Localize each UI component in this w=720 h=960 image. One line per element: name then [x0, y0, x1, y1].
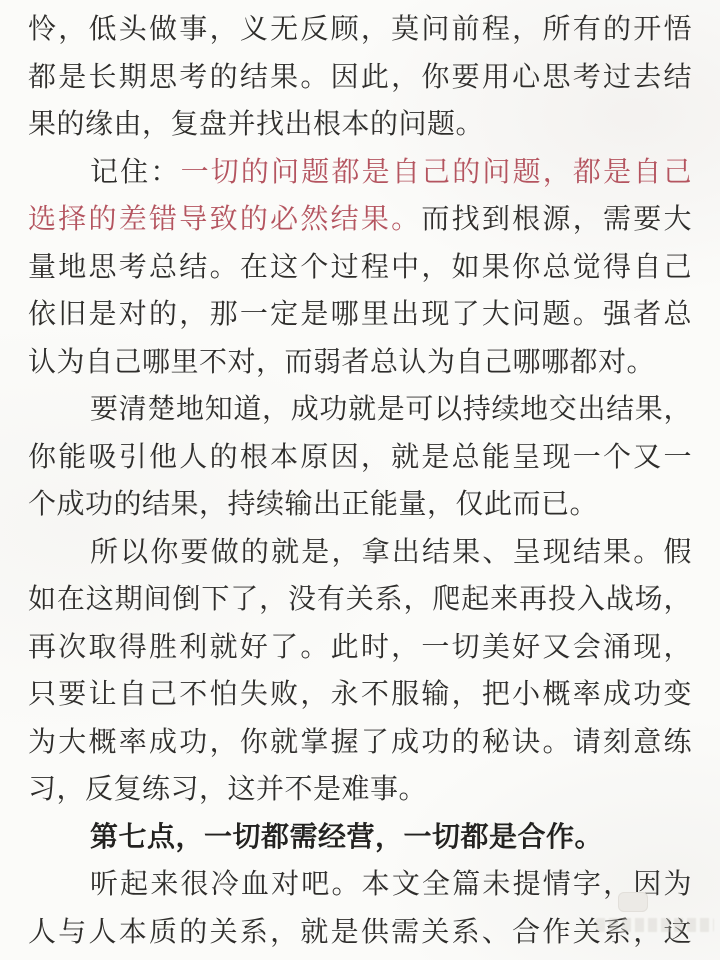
highlighted-text: 选择的差错导致的必然结果。 — [28, 204, 421, 235]
text-line: 依旧是对的，那一定是哪里出现了大问题。强者总 — [28, 291, 692, 339]
text-line: 为大概率成功，你就掌握了成功的秘诀。请刻意练 — [28, 719, 692, 767]
text-line: 选择的差错导致的必然结果。而找到根源，需要大 — [28, 196, 692, 244]
text-line: 都是长期思考的结果。因此，你要用心思考过去结 — [28, 54, 692, 102]
text-segment: 听起来很冷血对吧。本文全篇未提情字，因为 — [90, 869, 692, 900]
text-segment: 依旧是对的，那一定是哪里出现了大问题。强者总 — [28, 299, 692, 330]
text-line: 你能吸引他人的根本原因，就是总能呈现一个又一 — [28, 434, 692, 482]
text-line: 个成功的结果，持续输出正能量，仅此而已。 — [28, 481, 692, 529]
text-segment: 为大概率成功，你就掌握了成功的秘诀。请刻意练 — [28, 727, 692, 758]
text-segment: 要清楚地知道，成功就是可以持续地交出结果， — [90, 394, 692, 425]
text-line: 听起来很冷血对吧。本文全篇未提情字，因为 — [28, 861, 692, 909]
highlighted-text: 一切的问题都是自己的问题，都是自己 — [181, 157, 692, 188]
text-line: 认为自己哪里不对，而弱者总认为自己哪哪都对。 — [28, 339, 692, 387]
text-segment: 再次取得胜利就好了。此时，一切美好又会涌现， — [28, 632, 692, 663]
text-segment: 都是长期思考的结果。因此，你要用心思考过去结 — [28, 62, 692, 93]
text-segment: 怜，低头做事，义无反顾，莫问前程，所有的开悟 — [28, 14, 692, 45]
text-segment: 第七点，一切都需经营，一切都是合作。 — [90, 822, 603, 853]
text-segment: 习，反复练习，这并不是难事。 — [28, 774, 427, 805]
text-line: 要清楚地知道，成功就是可以持续地交出结果， — [28, 386, 692, 434]
text-line: 人与人本质的关系，就是供需关系、合作关系，这 — [28, 909, 692, 957]
text-line: 只要让自己不怕失败，永不服输，把小概率成功变 — [28, 671, 692, 719]
text-segment: 如在这期间倒下了，没有关系，爬起来再投入战场， — [28, 584, 692, 615]
text-segment: 所以你要做的就是，拿出结果、呈现结果。假 — [90, 537, 692, 568]
text-segment: 量地思考总结。在这个过程中，如果你总觉得自己 — [28, 252, 692, 283]
text-line: 果的缘由，复盘并找出根本的问题。 — [28, 101, 692, 149]
text-line: 习，反复练习，这并不是难事。 — [28, 766, 692, 814]
text-line: 再次取得胜利就好了。此时，一切美好又会涌现， — [28, 624, 692, 672]
text-segment: 而找到根源，需要大 — [421, 204, 692, 235]
text-segment: 你能吸引他人的根本原因，就是总能呈现一个又一 — [28, 442, 692, 473]
text-line: 记住：一切的问题都是自己的问题，都是自己 — [28, 149, 692, 197]
text-line: 第七点，一切都需经营，一切都是合作。 — [28, 814, 692, 862]
text-segment: 人与人本质的关系，就是供需关系、合作关系，这 — [28, 917, 692, 948]
text-segment: 认为自己哪里不对，而弱者总认为自己哪哪都对。 — [28, 347, 655, 378]
text-segment: 记住： — [90, 157, 181, 188]
text-line: 量地思考总结。在这个过程中，如果你总觉得自己 — [28, 244, 692, 292]
text-line: 怜，低头做事，义无反顾，莫问前程，所有的开悟 — [28, 6, 692, 54]
text-line: 所以你要做的就是，拿出结果、呈现结果。假 — [28, 529, 692, 577]
text-segment: 只要让自己不怕失败，永不服输，把小概率成功变 — [28, 679, 692, 710]
text-segment: 个成功的结果，持续输出正能量，仅此而已。 — [28, 489, 598, 520]
text-segment: 果的缘由，复盘并找出根本的问题。 — [28, 109, 484, 140]
text-line: 如在这期间倒下了，没有关系，爬起来再投入战场， — [28, 576, 692, 624]
article-text: 怜，低头做事，义无反顾，莫问前程，所有的开悟都是长期思考的结果。因此，你要用心思… — [28, 0, 692, 956]
